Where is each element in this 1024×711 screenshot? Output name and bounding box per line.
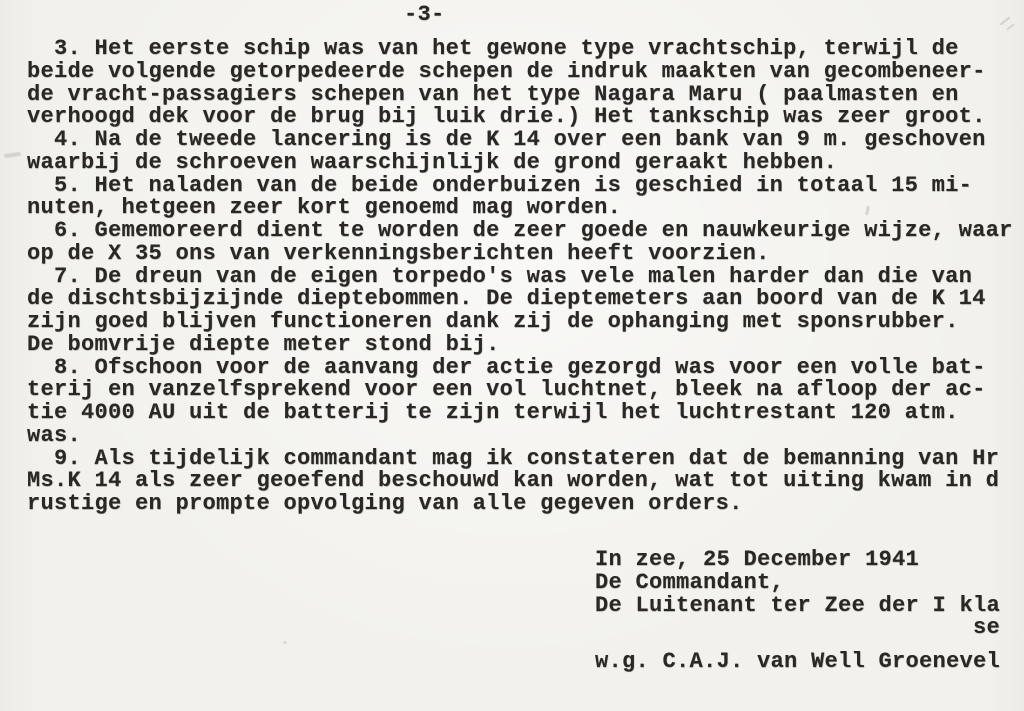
body-line: rustige en prompte opvolging van alle ge… bbox=[27, 493, 1007, 516]
body-line: was. bbox=[27, 425, 1007, 448]
body-line: tie 4000 AU uit de batterij te zijn terw… bbox=[27, 402, 1007, 425]
paragraph-7: 7. De dreun van de eigen torpedo's was v… bbox=[27, 266, 1007, 357]
paragraph-3: 3. Het eerste schip was van het gewone t… bbox=[27, 38, 1007, 129]
signature-block: In zee, 25 December 1941 De Commandant, … bbox=[595, 549, 1000, 674]
paragraph-5: 5. Het naladen van de beide onderbuizen … bbox=[27, 175, 1007, 221]
body-line: terij en vanzelfsprekend voor een vol lu… bbox=[27, 379, 1007, 402]
paragraph-6: 6. Gememoreerd dient te worden de zeer g… bbox=[27, 220, 1007, 266]
body-line: verhoogd dek voor de brug bij luik drie.… bbox=[27, 106, 1007, 129]
body-line: de vracht-passagiers schepen van het typ… bbox=[27, 84, 1007, 107]
body-line: 3. Het eerste schip was van het gewone t… bbox=[27, 38, 1007, 61]
body-line: 8. Ofschoon voor de aanvang der actie ge… bbox=[27, 357, 1007, 380]
signature-date-line: In zee, 25 December 1941 bbox=[595, 549, 1000, 572]
body-line: 4. Na de tweede lancering is de K 14 ove… bbox=[27, 129, 1007, 152]
page-number: -3- bbox=[404, 2, 445, 27]
paragraph-4: 4. Na de tweede lancering is de K 14 ove… bbox=[27, 129, 1007, 175]
paragraph-9: 9. Als tijdelijk commandant mag ik const… bbox=[27, 448, 1007, 516]
signature-signed-line: w.g. C.A.J. van Well Groenevel bbox=[595, 651, 1000, 674]
signature-title-line: De Commandant, bbox=[595, 572, 1000, 595]
body-line: Ms.K 14 als zeer geoefend beschouwd kan … bbox=[27, 470, 1007, 493]
body-line: 7. De dreun van de eigen torpedo's was v… bbox=[27, 266, 1007, 289]
body-line: beide volgende getorpedeerde schepen de … bbox=[27, 61, 1007, 84]
scan-artifact bbox=[4, 152, 21, 158]
body-line: zijn goed blijven functioneren dank zij … bbox=[27, 311, 1007, 334]
scan-artifact bbox=[1000, 17, 1011, 26]
body-line: 6. Gememoreerd dient te worden de zeer g… bbox=[27, 220, 1007, 243]
paragraph-8: 8. Ofschoon voor de aanvang der actie ge… bbox=[27, 357, 1007, 448]
body-line: 9. Als tijdelijk commandant mag ik const… bbox=[27, 448, 1007, 471]
signature-title-line: se bbox=[595, 617, 1000, 640]
body-line: de dischtsbijzijnde dieptebommen. De die… bbox=[27, 288, 1007, 311]
body-line: De bomvrije diepte meter stond bij. bbox=[27, 334, 1007, 357]
body-line: op de X 35 ons van verkenningsberichten … bbox=[27, 243, 1007, 266]
scanned-document-page: -3- 3. Het eerste schip was van het gewo… bbox=[0, 0, 1024, 711]
signature-title-line: De Luitenant ter Zee der I kla bbox=[595, 595, 1000, 618]
body-line: nuten, hetgeen zeer kort genoemd mag wor… bbox=[27, 197, 1007, 220]
body-line: 5. Het naladen van de beide onderbuizen … bbox=[27, 175, 1007, 198]
body-line: waarbij de schroeven waarschijnlijk de g… bbox=[27, 152, 1007, 175]
scan-artifact bbox=[283, 641, 287, 644]
scan-artifact bbox=[1006, 23, 1014, 30]
document-body: 3. Het eerste schip was van het gewone t… bbox=[27, 38, 1007, 516]
